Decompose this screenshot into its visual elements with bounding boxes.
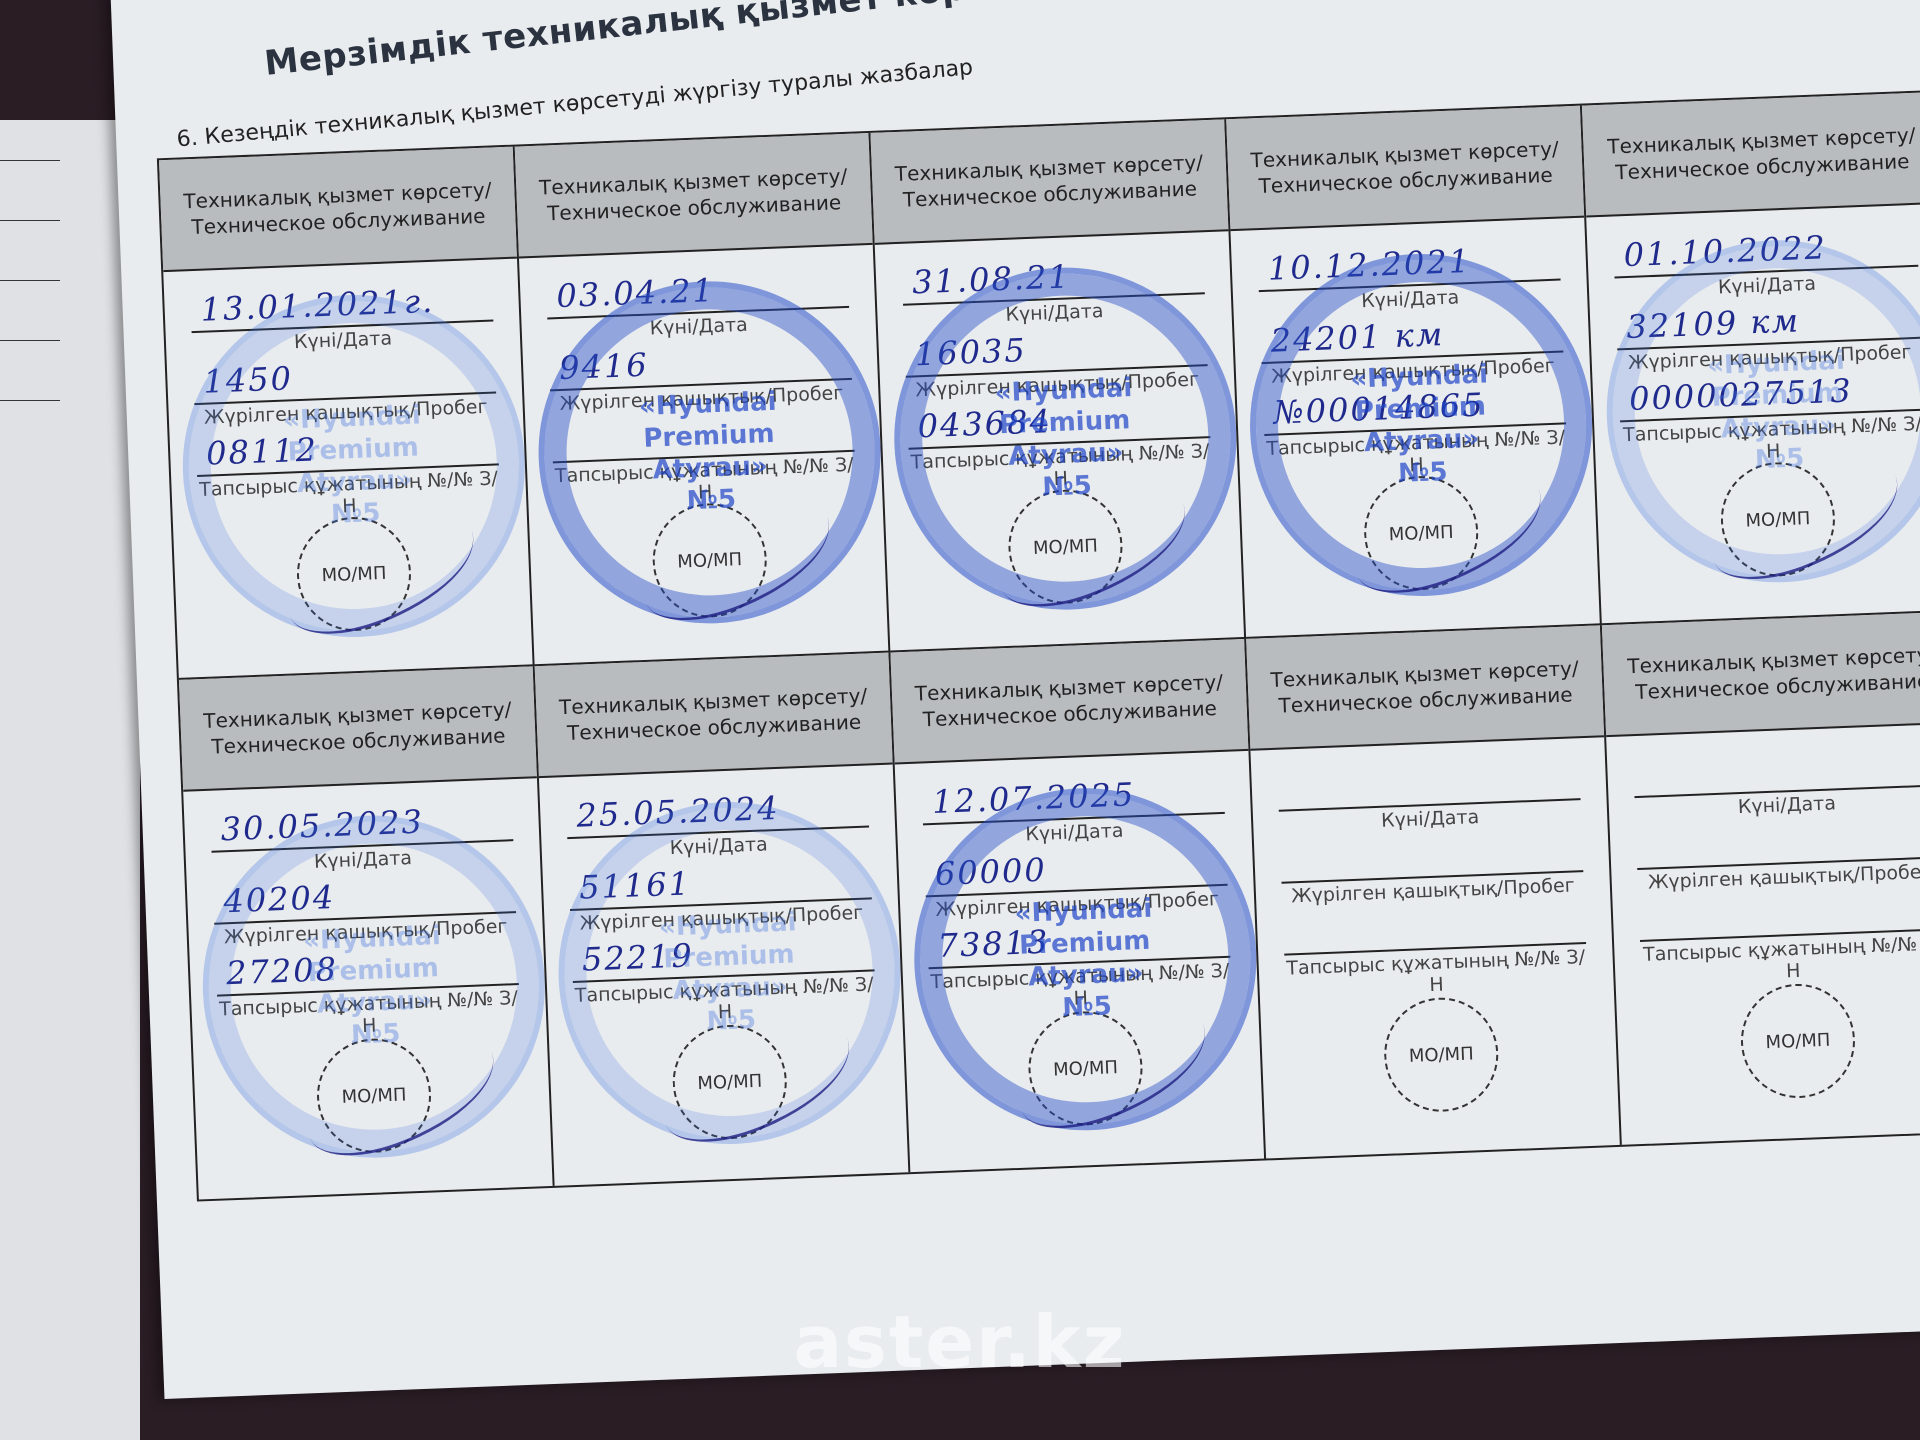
order-label: Тапсырыс құжатының №/№ З/Н — [929, 960, 1232, 1016]
seal-placeholder: МО/МП — [1382, 996, 1500, 1114]
mileage-value: 60000 — [934, 851, 1047, 893]
record-body: Күні/Дата Жүрілген қашықтық/Пробег Тапсы… — [1606, 723, 1920, 1144]
service-record: Техникалық қызмет көрсету/ Техническое о… — [159, 147, 535, 680]
record-body: 01.10.2022 Күні/Дата 32109 км Жүрілген қ… — [1586, 204, 1920, 623]
mileage-field[interactable]: Жүрілген қашықтық/Пробег — [1280, 828, 1584, 908]
mileage-value: 32109 км — [1626, 301, 1801, 346]
service-record: Техникалық қызмет көрсету/ Техническое о… — [870, 119, 1246, 652]
order-label: Тапсырыс құжатының №/№ З/Н — [553, 454, 856, 510]
service-record: Техникалық қызмет көрсету/ Техническое о… — [535, 653, 911, 1186]
date-field[interactable]: 25.05.2024 Күні/Дата — [566, 784, 870, 864]
order-label: Тапсырыс құжатының №/№ З/Н — [1640, 932, 1920, 988]
mileage-field[interactable]: 1450 Жүрілген қашықтық/Пробег — [193, 350, 497, 430]
seal-placeholder: МО/МП — [671, 1023, 789, 1141]
record-header: Техникалық қызмет көрсету/ Техническое о… — [1246, 625, 1604, 751]
ruled-line — [0, 160, 60, 161]
ruled-line — [0, 220, 60, 221]
mileage-field[interactable]: 51161 Жүрілген қашықтық/Пробег — [568, 855, 872, 935]
service-record: Техникалық қызмет көрсету/ Техническое о… — [179, 666, 555, 1199]
order-value: 08112 — [206, 430, 319, 472]
record-header: Техникалық қызмет көрсету/ Техническое о… — [1602, 612, 1920, 738]
service-record: Техникалық қызмет көрсету/ Техническое о… — [1582, 92, 1920, 625]
order-value: 73813 — [937, 923, 1050, 965]
record-body: 31.08.21 Күні/Дата 16035 Жүрілген қашықт… — [875, 231, 1244, 650]
record-body: 10.12.2021 Күні/Дата 24201 км Жүрілген қ… — [1230, 218, 1599, 637]
mileage-field[interactable]: 40204 Жүрілген қашықтық/Пробег — [213, 869, 517, 949]
record-header: Техникалық қызмет көрсету/ Техническое о… — [1226, 106, 1584, 232]
date-value: 25.05.2024 — [576, 789, 781, 835]
record-body: 13.01.2021г. Күні/Дата 1450 Жүрілген қаш… — [163, 259, 532, 678]
watermark: aster.kz — [0, 1300, 1920, 1384]
ruled-line — [0, 340, 60, 341]
date-field[interactable]: 13.01.2021г. Күні/Дата — [190, 278, 494, 358]
mileage-field[interactable]: 32109 км Жүрілген қашықтық/Пробег — [1616, 295, 1920, 375]
mileage-field[interactable]: 24201 км Жүрілген қашықтық/Пробег — [1260, 309, 1564, 389]
seal-placeholder: МО/МП — [1026, 1009, 1144, 1127]
order-field[interactable]: 043684 Тапсырыс құжатының №/№ З/Н — [907, 394, 1211, 474]
date-value: 01.10.2022 — [1623, 228, 1828, 274]
record-body: 25.05.2024 Күні/Дата 51161 Жүрілген қашы… — [539, 765, 908, 1186]
date-value: 30.05.2023 — [220, 803, 425, 849]
order-label: Тапсырыс құжатының №/№ З/Н — [573, 973, 876, 1029]
order-label: Тапсырыс құжатының №/№ З/Н — [1264, 426, 1567, 482]
record-body: 03.04.21 Күні/Дата 9416 Жүрілген қашықты… — [519, 245, 888, 664]
order-value: №00014865 — [1273, 386, 1485, 432]
mileage-value: 9416 — [558, 346, 649, 387]
mileage-value: 24201 км — [1270, 315, 1445, 360]
mileage-value: 40204 — [223, 878, 336, 920]
record-header: Техникалық қызмет көрсету/ Техническое о… — [1582, 92, 1920, 218]
service-record: Техникалық қызмет көрсету/ Техническое о… — [1226, 106, 1602, 639]
record-header: Техникалық қызмет көрсету/ Техническое о… — [535, 653, 893, 779]
seal-placeholder: МО/МП — [1719, 460, 1837, 578]
record-header: Техникалық қызмет көрсету/ Техническое о… — [870, 119, 1228, 245]
record-body: Күні/Дата Жүрілген қашықтық/Пробег Тапсы… — [1250, 737, 1619, 1158]
order-field[interactable]: 0000027513 Тапсырыс құжатының №/№ З/Н — [1618, 367, 1920, 447]
order-label: Тапсырыс құжатының №/№ З/Н — [1620, 413, 1920, 469]
order-field[interactable]: 52219 Тапсырыс құжатының №/№ З/Н — [571, 927, 875, 1007]
date-value: 31.08.21 — [911, 257, 1071, 301]
mileage-value: 1450 — [203, 359, 294, 400]
order-field[interactable]: №00014865 Тапсырыс құжатының №/№ З/Н — [1263, 380, 1567, 460]
order-value: 52219 — [581, 936, 694, 978]
order-label: Тапсырыс құжатының №/№ З/Н — [909, 440, 1212, 496]
record-header: Техникалық қызмет көрсету/ Техническое о… — [179, 666, 537, 792]
date-field[interactable]: 30.05.2023 Күні/Дата — [210, 797, 514, 877]
date-field[interactable]: Күні/Дата — [1277, 756, 1581, 836]
date-field[interactable]: 01.10.2022 Күні/Дата — [1613, 223, 1919, 303]
record-header: Техникалық қызмет көрсету/ Техническое о… — [890, 639, 1248, 765]
service-booklet-page: Мерзімдік техникалық қызмет көрсету 6. К… — [110, 0, 1920, 1399]
seal-placeholder: МО/МП — [1006, 488, 1124, 606]
order-field[interactable]: 73813 Тапсырыс құжатының №/№ З/Н — [927, 914, 1231, 994]
mileage-value: 16035 — [914, 331, 1027, 373]
mileage-field[interactable]: Жүрілген қашықтық/Пробег — [1636, 814, 1920, 894]
seal-placeholder: МО/МП — [651, 501, 769, 619]
order-value: 27208 — [225, 950, 338, 992]
date-value: 03.04.21 — [556, 271, 716, 315]
seal-placeholder: МО/МП — [1362, 474, 1480, 592]
left-page — [0, 120, 140, 1440]
ruled-line — [0, 280, 60, 281]
mileage-field[interactable]: 60000 Жүрілген қашықтық/Пробег — [924, 842, 1228, 922]
date-value: 10.12.2021 — [1267, 242, 1472, 288]
service-record: Техникалық қызмет көрсету/ Техническое о… — [515, 133, 891, 666]
service-record: Техникалық қызмет көрсету/ Техническое о… — [890, 639, 1266, 1172]
order-field[interactable]: Тапсырыс құжатының №/№ З/Н — [551, 408, 855, 488]
date-value: 12.07.2025 — [931, 775, 1136, 821]
date-field[interactable]: Күні/Дата — [1633, 742, 1920, 822]
service-records-grid: Техникалық қызмет көрсету/ Техническое о… — [157, 90, 1920, 1202]
record-header: Техникалық қызмет көрсету/ Техническое о… — [515, 133, 873, 259]
order-label: Тапсырыс құжатының №/№ З/Н — [1284, 946, 1587, 1002]
order-field[interactable]: Тапсырыс құжатының №/№ З/Н — [1638, 886, 1920, 966]
order-field[interactable]: 27208 Тапсырыс құжатының №/№ З/Н — [215, 941, 519, 1021]
seal-placeholder: МО/МП — [315, 1037, 433, 1155]
order-field[interactable]: 08112 Тапсырыс құжатының №/№ З/Н — [195, 421, 499, 501]
order-label: Тапсырыс құжатының №/№ З/Н — [217, 987, 520, 1043]
record-body: 30.05.2023 Күні/Дата 40204 Жүрілген қашы… — [183, 778, 552, 1199]
date-field[interactable]: 31.08.21 Күні/Дата — [901, 250, 1205, 330]
date-value: 13.01.2021г. — [200, 282, 435, 329]
date-field[interactable]: 10.12.2021 Күні/Дата — [1257, 237, 1561, 317]
seal-placeholder: МО/МП — [1739, 982, 1857, 1100]
order-field[interactable]: Тапсырыс құжатының №/№ З/Н — [1283, 900, 1587, 980]
order-value: 043684 — [917, 402, 1053, 445]
mileage-field[interactable]: 9416 Жүрілген қашықтық/Пробег — [548, 336, 852, 416]
mileage-value: 51161 — [578, 864, 691, 906]
seal-placeholder: МО/МП — [295, 515, 413, 633]
mileage-field[interactable]: 16035 Жүрілген қашықтық/Пробег — [904, 322, 1208, 402]
service-record: Техникалық қызмет көрсету/ Техническое о… — [1246, 625, 1622, 1158]
ruled-line — [0, 400, 60, 401]
record-body: 12.07.2025 Күні/Дата 60000 Жүрілген қашы… — [895, 751, 1264, 1172]
date-field[interactable]: 03.04.21 Күні/Дата — [546, 264, 850, 344]
order-label: Тапсырыс құжатының №/№ З/Н — [197, 467, 500, 523]
date-field[interactable]: 12.07.2025 Күні/Дата — [921, 770, 1225, 850]
order-value: 0000027513 — [1628, 371, 1853, 418]
service-record: Техникалық қызмет көрсету/ Техническое о… — [1602, 612, 1920, 1145]
record-header: Техникалық қызмет көрсету/ Техническое о… — [159, 147, 517, 273]
